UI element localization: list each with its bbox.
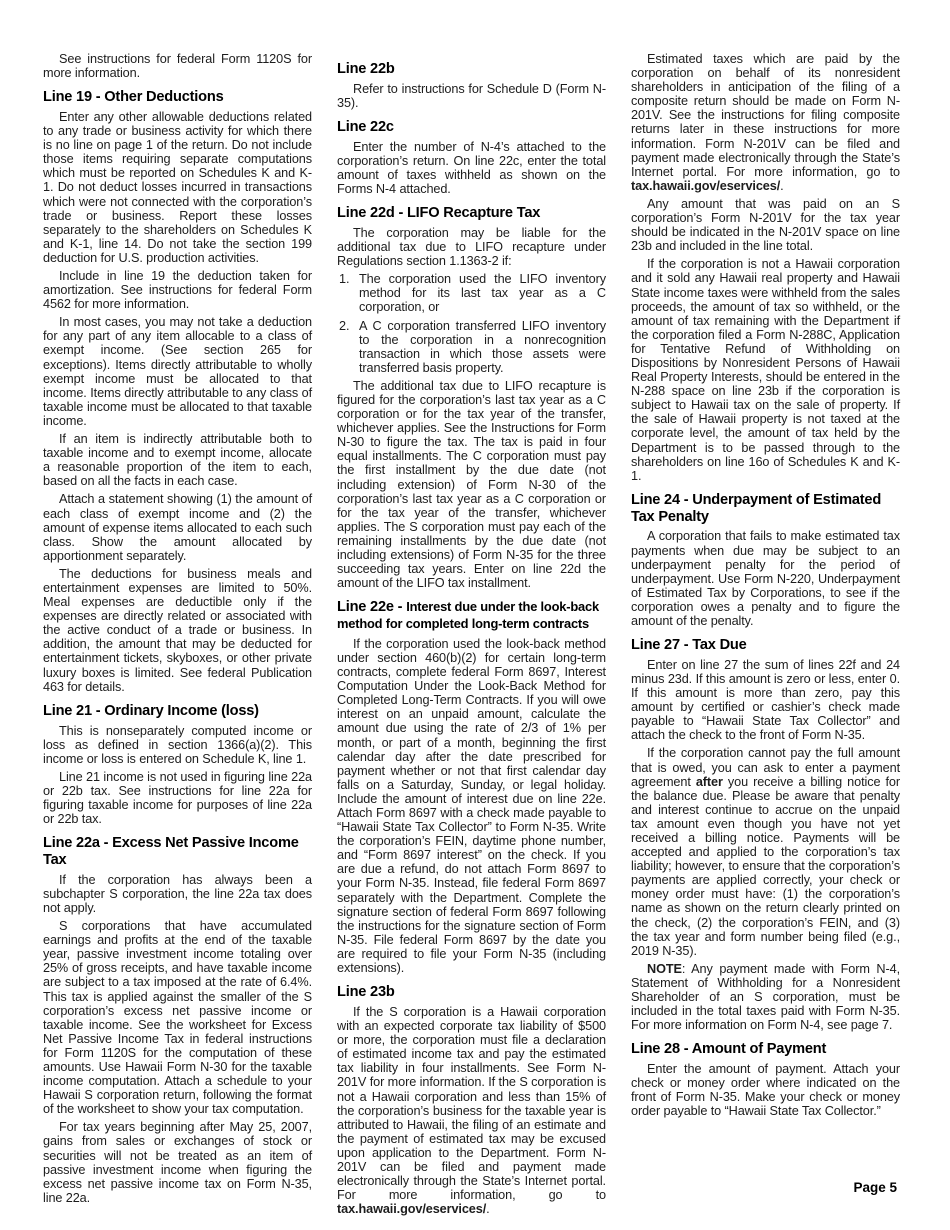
text-run: If the S corporation is a Hawaii corpora…	[337, 1005, 606, 1202]
text-run: Refer to instructions for Schedule D (Fo…	[337, 82, 606, 110]
text-run: Line 19 - Other Deductions	[43, 89, 224, 105]
list-item-number: 2.	[337, 319, 359, 375]
section-heading-line-22d-lifo-recapture-tax: Line 22d - LIFO Recapture Tax	[337, 205, 606, 222]
paragraph: If an item is indirectly attributable bo…	[43, 432, 312, 488]
text-run: A corporation that fails to make estimat…	[631, 529, 900, 628]
text-run: Line 22d - LIFO Recapture Tax	[337, 205, 540, 221]
text-run: Enter the amount of payment. Attach your…	[631, 1062, 900, 1118]
text-run: In most cases, you may not take a deduct…	[43, 315, 312, 428]
text-run: Line 21 income is not used in figuring l…	[43, 770, 312, 826]
document-page: See instructions for federal Form 1120S …	[0, 0, 950, 1230]
text-run: you receive a billing notice for the bal…	[631, 775, 900, 958]
text-run: For tax years beginning after May 25, 20…	[43, 1120, 312, 1204]
paragraph: If the corporation is not a Hawaii corpo…	[631, 257, 900, 483]
text-run: Enter any other allowable deductions rel…	[43, 110, 312, 265]
paragraph: This is nonseparately computed income or…	[43, 724, 312, 766]
text-run: Any amount that was paid on an S corpora…	[631, 197, 900, 253]
paragraph: Attach a statement showing (1) the amoun…	[43, 492, 312, 562]
list-item-text: The corporation used the LIFO inventory …	[359, 272, 606, 314]
section-heading-line-28-amount-of-payment: Line 28 - Amount of Payment	[631, 1041, 900, 1058]
bold-text-run: NOTE	[647, 962, 682, 976]
list-item-number: 1.	[337, 272, 359, 314]
text-column-2: Line 22bRefer to instructions for Schedu…	[337, 52, 606, 1220]
paragraph: The corporation may be liable for the ad…	[337, 226, 606, 268]
text-run: The additional tax due to LIFO recapture…	[337, 379, 606, 590]
paragraph: Refer to instructions for Schedule D (Fo…	[337, 82, 606, 110]
paragraph: If the S corporation is a Hawaii corpora…	[337, 1005, 606, 1216]
text-run: S corporations that have accumulated ear…	[43, 919, 312, 1116]
text-run: Line 22c	[337, 119, 394, 135]
text-run: Attach a statement showing (1) the amoun…	[43, 492, 312, 562]
text-run: Include in line 19 the deduction taken f…	[43, 269, 312, 311]
list-item-text: A C corporation transferred LIFO invento…	[359, 319, 606, 375]
paragraph: Estimated taxes which are paid by the co…	[631, 52, 900, 193]
text-run: Estimated taxes which are paid by the co…	[631, 52, 900, 179]
bold-text-run: tax.hawaii.gov/eservices/	[631, 179, 780, 193]
text-run: The corporation used the LIFO inventory …	[359, 272, 606, 314]
section-heading-line-22e: Line 22e - Interest due under the look-b…	[337, 599, 606, 633]
paragraph: Enter any other allowable deductions rel…	[43, 110, 312, 265]
paragraph: Enter the number of N-4’s attached to th…	[337, 140, 606, 196]
paragraph: A corporation that fails to make estimat…	[631, 529, 900, 628]
text-run: If the corporation is not a Hawaii corpo…	[631, 257, 900, 482]
paragraph: The additional tax due to LIFO recapture…	[337, 379, 606, 590]
text-run: A C corporation transferred LIFO invento…	[359, 319, 606, 375]
text-run: The deductions for business meals and en…	[43, 567, 312, 694]
text-run: Enter on line 27 the sum of lines 22f an…	[631, 658, 900, 742]
text-run: Line 27 - Tax Due	[631, 637, 747, 653]
section-heading-line-21-ordinary-income-loss: Line 21 - Ordinary Income (loss)	[43, 703, 312, 720]
section-heading-line-27-tax-due: Line 27 - Tax Due	[631, 637, 900, 654]
numbered-list-item: 1.The corporation used the LIFO inventor…	[337, 272, 606, 314]
text-run: Enter the number of N-4’s attached to th…	[337, 140, 606, 196]
text-run: If an item is indirectly attributable bo…	[43, 432, 312, 488]
text-run: .	[780, 179, 783, 193]
paragraph: Enter on line 27 the sum of lines 22f an…	[631, 658, 900, 743]
section-heading-line-22a-excess-net-passive-income-tax: Line 22a - Excess Net Passive Income Tax	[43, 835, 312, 869]
bold-text-run: after	[696, 775, 723, 789]
paragraph: If the corporation has always been a sub…	[43, 873, 312, 915]
text-run: Line 23b	[337, 984, 395, 1000]
text-run: This is nonseparately computed income or…	[43, 724, 312, 766]
text-run: Line 21 - Ordinary Income (loss)	[43, 703, 259, 719]
paragraph: In most cases, you may not take a deduct…	[43, 315, 312, 428]
text-run: The corporation may be liable for the ad…	[337, 226, 606, 268]
text-run: If the corporation has always been a sub…	[43, 873, 312, 915]
paragraph: If the corporation used the look-back me…	[337, 637, 606, 975]
paragraph: NOTE: Any payment made with Form N-4, St…	[631, 962, 900, 1032]
text-run: Line 24 - Underpayment of Estimated Tax …	[631, 492, 881, 525]
numbered-list-item: 2.A C corporation transferred LIFO inven…	[337, 319, 606, 375]
paragraph: If the corporation cannot pay the full a…	[631, 746, 900, 957]
paragraph: Enter the amount of payment. Attach your…	[631, 1062, 900, 1118]
text-run: See instructions for federal Form 1120S …	[43, 52, 312, 80]
text-column-1: See instructions for federal Form 1120S …	[43, 52, 312, 1209]
text-run: .	[486, 1202, 489, 1216]
three-column-layout: See instructions for federal Form 1120S …	[43, 52, 900, 1220]
page-number: Page 5	[853, 1180, 897, 1195]
bold-text-run: tax.hawaii.gov/eservices/	[337, 1202, 486, 1216]
section-heading-line-22b: Line 22b	[337, 61, 606, 78]
text-run: Line 28 - Amount of Payment	[631, 1041, 826, 1057]
paragraph: The deductions for business meals and en…	[43, 567, 312, 694]
paragraph: Line 21 income is not used in figuring l…	[43, 770, 312, 826]
paragraph: Include in line 19 the deduction taken f…	[43, 269, 312, 311]
text-run: Line 22e -	[337, 599, 406, 615]
text-run: If the corporation used the look-back me…	[337, 637, 606, 975]
paragraph: Any amount that was paid on an S corpora…	[631, 197, 900, 253]
section-heading-line-24-underpayment-of-estimated-tax-pena: Line 24 - Underpayment of Estimated Tax …	[631, 492, 900, 526]
section-heading-line-19-other-deductions: Line 19 - Other Deductions	[43, 89, 312, 106]
text-run: Line 22b	[337, 61, 395, 77]
text-run: Line 22a - Excess Net Passive Income Tax	[43, 835, 299, 868]
section-heading-line-23b: Line 23b	[337, 984, 606, 1001]
paragraph: S corporations that have accumulated ear…	[43, 919, 312, 1116]
text-column-3: Estimated taxes which are paid by the co…	[631, 52, 900, 1122]
paragraph: See instructions for federal Form 1120S …	[43, 52, 312, 80]
paragraph: For tax years beginning after May 25, 20…	[43, 1120, 312, 1205]
section-heading-line-22c: Line 22c	[337, 119, 606, 136]
